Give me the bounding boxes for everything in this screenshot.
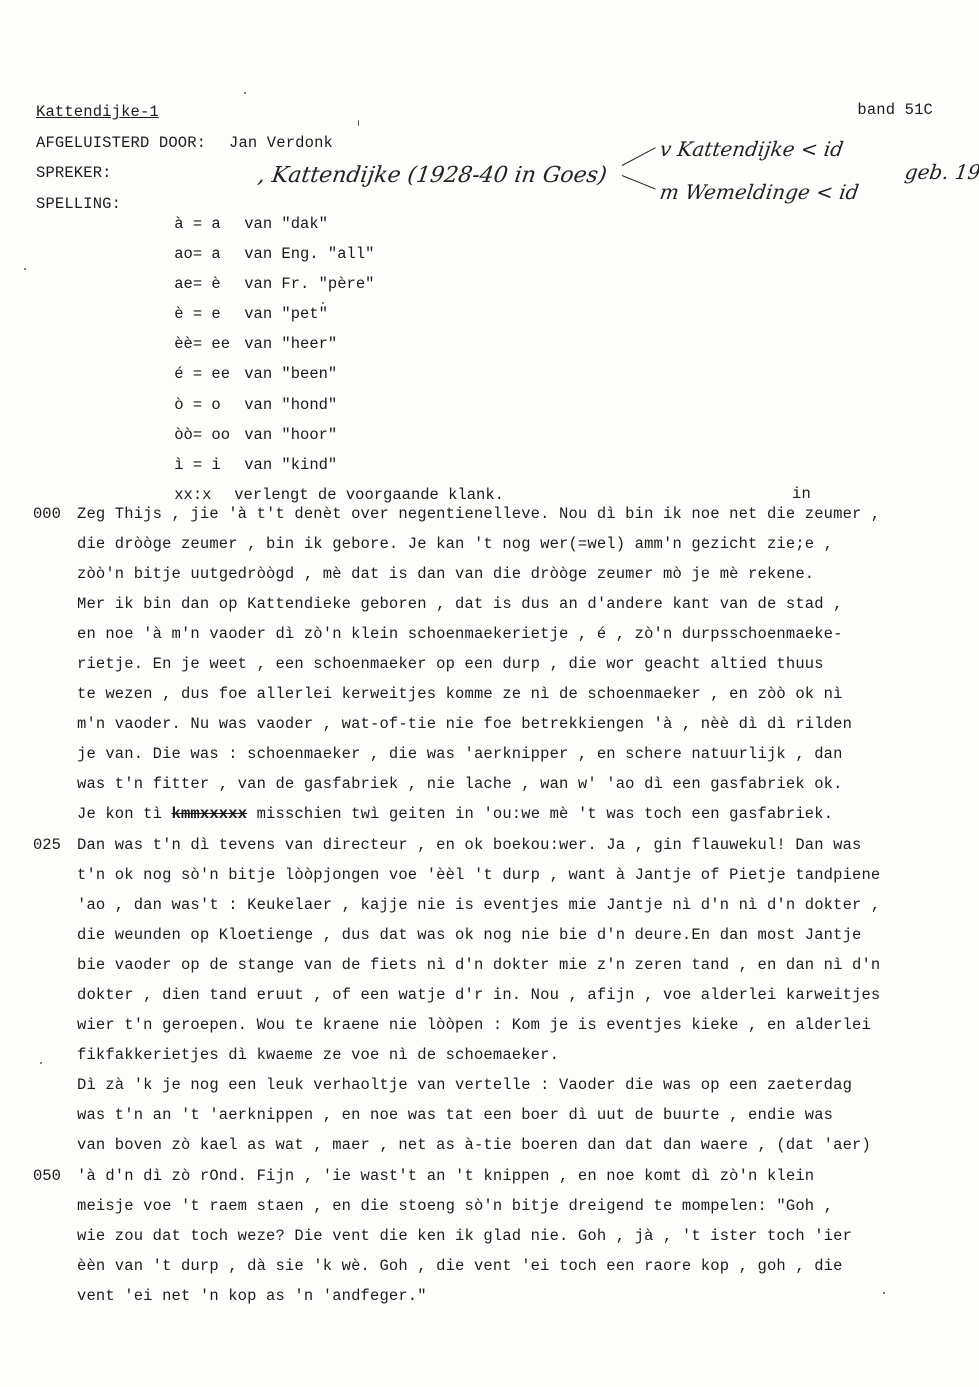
speaker-label: SPREKER: (36, 163, 112, 183)
document-title: Kattendijke-1 (36, 102, 159, 122)
transcript-line: die weunden op Kloetienge , dus dat was … (77, 925, 861, 945)
transcript-line: wier t'n geroepen. Wou te kraene nie lòò… (77, 1015, 871, 1035)
transcript-line: te wezen , dus foe allerlei kerweitjes k… (77, 684, 843, 704)
document-page: Kattendijke-1 band 51C AFGELUISTERD DOOR… (0, 0, 979, 1387)
brace-lower-stroke (622, 175, 656, 189)
scan-speck (358, 120, 359, 126)
transcript-line: die dròòge zeumer , bin ik gebore. Je ka… (77, 534, 833, 554)
transcript-line: wie zou dat toch weze? Die vent die ken … (77, 1226, 852, 1246)
scan-speck (322, 302, 324, 304)
handwritten-place: , Kattendijke (1928-40 in Goes) (256, 163, 608, 188)
handwritten-branch-upper: v Kattendijke < id (658, 137, 845, 161)
transcript-line: was t'n fitter , van de gasfabriek , nie… (77, 774, 843, 794)
transcript-line: m'n vaoder. Nu was vaoder , wat-of-tie n… (77, 714, 852, 734)
transcript-line: fikfakkerietjes dì kwaeme ze voe nì de s… (77, 1045, 559, 1065)
scan-speck (24, 268, 26, 270)
transcript-line: zòò'n bitje uutgedròògd , mè dat is dan … (77, 564, 814, 584)
line-number: 000 (33, 504, 61, 524)
spelling-symbol: xx:x (174, 485, 234, 505)
transcript-text: Je kon tì (77, 805, 162, 823)
transcript-line: je van. Die was : schoenmaeker , die was… (77, 744, 843, 764)
transcript-line: Je kon tì kmmxxxxx misschien twì geiten … (77, 804, 833, 824)
brace-upper-stroke (622, 147, 656, 166)
transcript-line: èèn van 't durp , dà sie 'k wè. Goh , di… (77, 1256, 843, 1276)
spelling-description: verlengt de voorgaande klank. (234, 486, 504, 504)
transcript-line: dokter , dien tand eruut , of een watje … (77, 985, 880, 1005)
transcript-line: Dan was t'n dì tevens van directeur , en… (77, 835, 861, 855)
transcript-line: Dì zà 'k je nog een leuk verhaoltje van … (77, 1075, 852, 1095)
transcript-line: 'ao , dan was't : Keukelaer , kajje nie … (77, 895, 880, 915)
struck-out-word: kmmxxxxx (172, 805, 248, 823)
transcript-line: t'n ok nog sò'n bitje lòòpjongen voe 'èè… (77, 865, 880, 885)
handwritten-branch-lower: m Wemeldinge < id (658, 180, 860, 204)
line-number: 050 (33, 1166, 61, 1186)
scan-speck (244, 92, 246, 94)
scan-speck (883, 1292, 885, 1294)
transcript-line: van boven zò kael as wat , maer , net as… (77, 1135, 871, 1155)
transcript-text: misschien twì geiten in 'ou:we mè 't was… (247, 805, 833, 823)
tape-number: band 51C (857, 100, 933, 120)
listener-name: Jan Verdonk (229, 133, 333, 153)
transcript-line: Zeg Thijs , jie 'à t't denèt over negent… (77, 504, 880, 524)
line-number: 025 (33, 835, 61, 855)
interlinear-insertion: in (792, 484, 811, 504)
spelling-label: SPELLING: (36, 194, 121, 214)
transcript-line: en noe 'à m'n vaoder dì zò'n klein schoe… (77, 624, 843, 644)
transcript-line: bie vaoder op de stange van de fiets nì … (77, 955, 880, 975)
transcript-line: 'à d'n dì zò rOnd. Fijn , 'ie wast't an … (77, 1166, 814, 1186)
handwritten-birth-year: geb. 1911 (903, 160, 979, 184)
transcript-line: rietje. En je weet , een schoenmaeker op… (77, 654, 824, 674)
transcript-line: was t'n an 't 'aerknippen , en noe was t… (77, 1105, 833, 1125)
transcript-line: Mer ik bin dan op Kattendieke geboren , … (77, 594, 843, 614)
transcript-line: vent 'ei net 'n kop as 'n 'andfeger." (77, 1286, 427, 1306)
listener-label: AFGELUISTERD DOOR: (36, 133, 206, 153)
scan-speck (40, 1062, 42, 1064)
transcript-line: meisje voe 't raem staen , en die stoeng… (77, 1196, 833, 1216)
